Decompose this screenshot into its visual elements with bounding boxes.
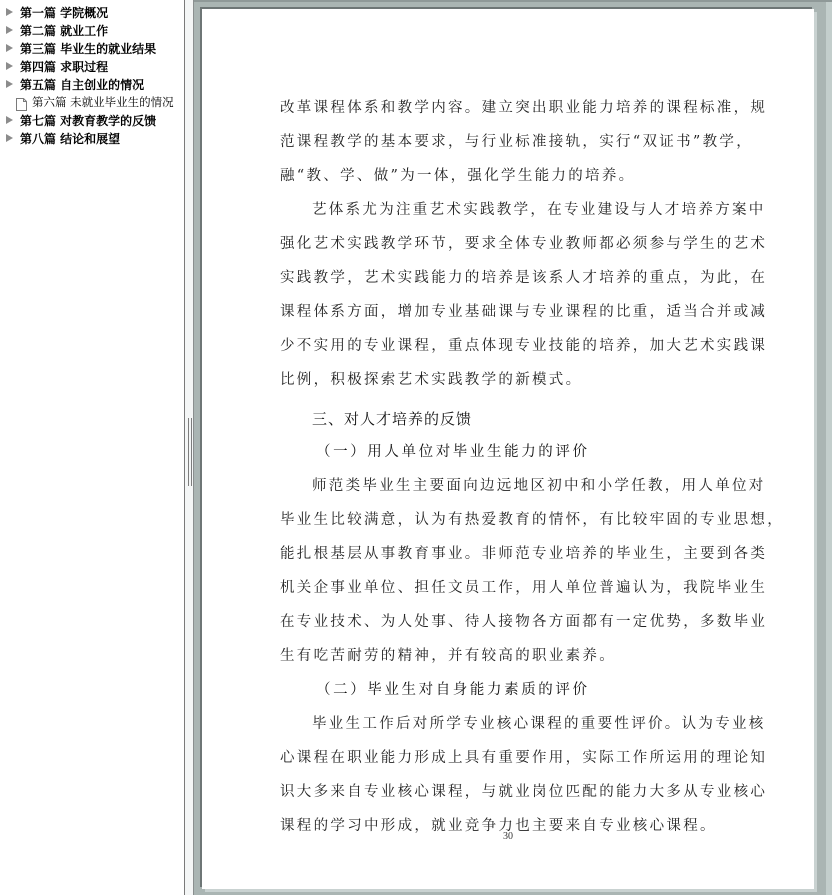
- bookmark-label: 第四篇 求职过程: [20, 58, 108, 75]
- text-line: 少不实用的专业课程，重点体现专业技能的培养，加大艺术实践课: [280, 329, 770, 363]
- splitter-grip-icon[interactable]: [188, 418, 192, 486]
- text-line: 机关企事业单位、担任文员工作，用人单位普遍认为，我院毕业生: [280, 571, 770, 605]
- text-line: 艺体系尤为注重艺术实践教学，在专业建设与人才培养方案中: [280, 193, 770, 227]
- triangle-right-icon[interactable]: [4, 7, 14, 17]
- text-line: 师范类毕业生主要面向边远地区初中和小学任教，用人单位对: [280, 469, 770, 503]
- pdf-reader-window: 第一篇 学院概况 第二篇 就业工作 第三篇 毕业生的就业结果 第四篇 求职过程 …: [0, 0, 832, 895]
- triangle-right-icon[interactable]: [4, 115, 14, 125]
- document-viewer[interactable]: 改革课程体系和教学内容。建立突出职业能力培养的课程标准，规 范课程教学的基本要求…: [194, 0, 832, 895]
- bookmark-item-2[interactable]: 第二篇 就业工作: [0, 21, 184, 39]
- bookmark-label: 第七篇 对教育教学的反馈: [20, 112, 156, 129]
- bookmark-label: 第八篇 结论和展望: [20, 130, 120, 147]
- bookmark-label: 第一篇 学院概况: [20, 4, 108, 21]
- text-line: 毕业生工作后对所学专业核心课程的重要性评价。认为专业核: [280, 707, 770, 741]
- bookmark-label: 第二篇 就业工作: [20, 22, 108, 39]
- subsection-heading: （二）毕业生对自身能力素质的评价: [280, 673, 770, 707]
- text-line: 心课程在职业能力形成上具有重要作用，实际工作所运用的理论知: [280, 741, 770, 775]
- triangle-right-icon[interactable]: [4, 61, 14, 71]
- text-line: 融“教、学、做”为一体，强化学生能力的培养。: [280, 159, 770, 193]
- viewer-right-edge: [826, 2, 832, 895]
- bookmark-item-7[interactable]: 第七篇 对教育教学的反馈: [0, 111, 184, 129]
- bookmark-label: 第三篇 毕业生的就业结果: [20, 40, 156, 57]
- triangle-right-icon[interactable]: [4, 25, 14, 35]
- subsection-heading: （一）用人单位对毕业生能力的评价: [280, 435, 770, 469]
- bookmark-item-6[interactable]: 第六篇 未就业毕业生的情况: [0, 93, 184, 111]
- text-line: 强化艺术实践教学环节，要求全体专业教师都必须参与学生的艺术: [280, 227, 770, 261]
- triangle-right-icon[interactable]: [4, 79, 14, 89]
- bookmark-label: 第六篇 未就业毕业生的情况: [32, 94, 174, 110]
- pane-splitter[interactable]: [185, 0, 194, 895]
- document-icon: [16, 96, 27, 109]
- page-body: 改革课程体系和教学内容。建立突出职业能力培养的课程标准，规 范课程教学的基本要求…: [280, 91, 770, 843]
- text-line: 能扎根基层从事教育事业。非师范专业培养的毕业生，主要到各类: [280, 537, 770, 571]
- bookmark-item-3[interactable]: 第三篇 毕业生的就业结果: [0, 39, 184, 57]
- text-line: 毕业生比较满意，认为有热爱教育的情怀，有比较牢固的专业思想，: [280, 503, 770, 537]
- triangle-right-icon[interactable]: [4, 43, 14, 53]
- bookmark-item-4[interactable]: 第四篇 求职过程: [0, 57, 184, 75]
- text-line: 在专业技术、为人处事、待人接物各方面都有一定优势，多数毕业: [280, 605, 770, 639]
- bookmark-label: 第五篇 自主创业的情况: [20, 76, 144, 93]
- bookmark-item-1[interactable]: 第一篇 学院概况: [0, 3, 184, 21]
- text-line: 实践教学，艺术实践能力的培养是该系人才培养的重点，为此，在: [280, 261, 770, 295]
- text-line: 识大多来自专业核心课程，与就业岗位匹配的能力大多从专业核心: [280, 775, 770, 809]
- triangle-right-icon[interactable]: [4, 133, 14, 143]
- section-heading: 三、对人才培养的反馈: [280, 397, 770, 435]
- text-line: 课程体系方面，增加专业基础课与专业课程的比重，适当合并或减: [280, 295, 770, 329]
- text-line: 比例，积极探索艺术实践教学的新模式。: [280, 363, 770, 397]
- text-line: 改革课程体系和教学内容。建立突出职业能力培养的课程标准，规: [280, 91, 770, 125]
- text-line: 范课程教学的基本要求，与行业标准接轨，实行“双证书”教学，: [280, 125, 770, 159]
- bookmarks-pane: 第一篇 学院概况 第二篇 就业工作 第三篇 毕业生的就业结果 第四篇 求职过程 …: [0, 0, 185, 895]
- document-page: 改革课程体系和教学内容。建立突出职业能力培养的课程标准，规 范课程教学的基本要求…: [202, 9, 814, 889]
- bookmark-item-8[interactable]: 第八篇 结论和展望: [0, 129, 184, 147]
- bookmark-item-5[interactable]: 第五篇 自主创业的情况: [0, 75, 184, 93]
- text-line: 生有吃苦耐劳的精神，并有较高的职业素养。: [280, 639, 770, 673]
- page-number: 30: [202, 831, 814, 842]
